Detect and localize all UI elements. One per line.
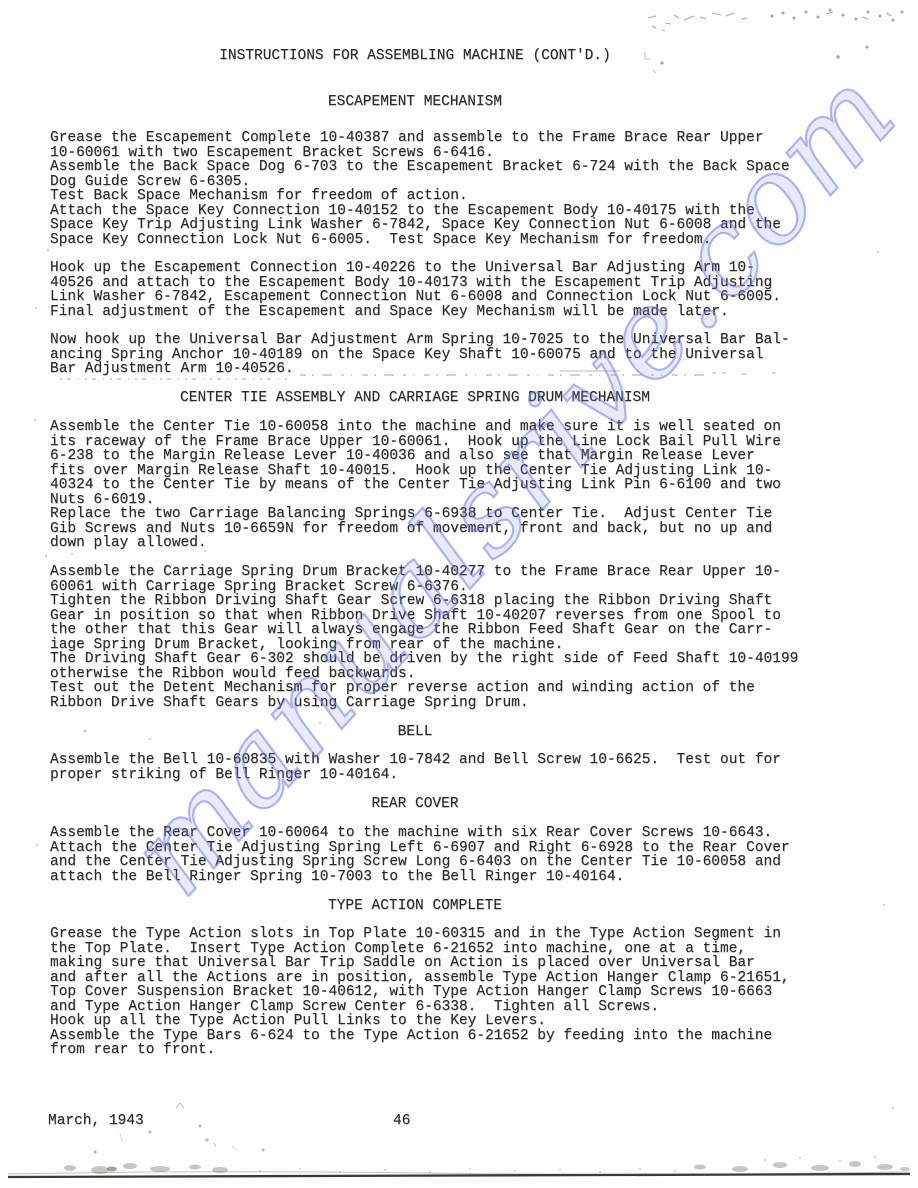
section-heading-rear-cover: REAR COVER bbox=[50, 797, 780, 812]
footer-page-number: 46 bbox=[393, 1113, 410, 1129]
section-heading-center-tie: CENTER TIE ASSEMBLY AND CARRIAGE SPRING … bbox=[50, 391, 780, 406]
paragraph-escapement-1: Grease the Escapement Complete 10-40387 … bbox=[50, 131, 790, 247]
scanned-manual-page: INSTRUCTIONS FOR ASSEMBLING MACHINE (CON… bbox=[0, 0, 918, 1188]
section-heading-bell: BELL bbox=[50, 725, 780, 740]
paragraph-rear-cover: Assemble the Rear Cover 10-60064 to the … bbox=[50, 826, 790, 884]
paragraph-type-action: Grease the Type Action slots in Top Plat… bbox=[50, 927, 790, 1058]
paragraph-center-tie-1: Assemble the Center Tie 10-60058 into th… bbox=[50, 420, 781, 551]
section-heading-escapement: ESCAPEMENT MECHANISM bbox=[50, 95, 780, 110]
document-title: INSTRUCTIONS FOR ASSEMBLING MACHINE (CON… bbox=[50, 49, 780, 64]
paragraph-center-tie-2: Assemble the Carriage Spring Drum Bracke… bbox=[50, 565, 798, 710]
paragraph-bell: Assemble the Bell 10-60835 with Washer 1… bbox=[50, 753, 781, 782]
paragraph-escapement-2: Hook up the Escapement Connection 10-402… bbox=[50, 261, 781, 319]
paragraph-escapement-3: Now hook up the Universal Bar Adjustment… bbox=[50, 333, 790, 377]
footer-date: March, 1943 bbox=[48, 1113, 144, 1129]
section-heading-type-action: TYPE ACTION COMPLETE bbox=[50, 899, 780, 914]
page-bottom-edge bbox=[8, 1156, 910, 1177]
